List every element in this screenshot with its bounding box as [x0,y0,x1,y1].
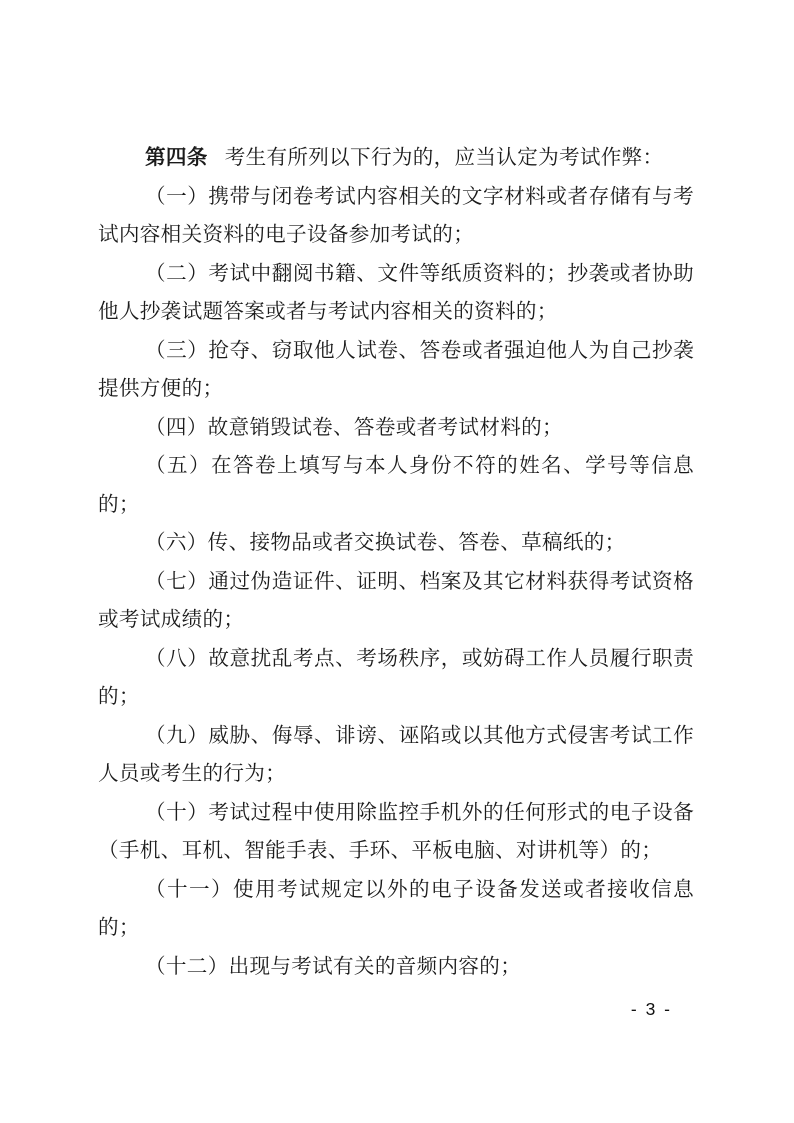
clause-5: （五）在答卷上填写与本人身份不符的姓名、学号等信息的； [98,447,694,524]
page-number: - 3 - [98,999,694,1020]
clause-8: （八）故意扰乱考点、考场秩序，或妨碍工作人员履行职责的； [98,640,694,717]
clause-9: （九）威胁、侮辱、诽谤、诬陷或以其他方式侵害考试工作人员或考生的行为； [98,717,694,794]
article-intro-text: 考生有所列以下行为的，应当认定为考试作弊： [225,147,664,169]
clause-6: （六）传、接物品或者交换试卷、答卷、草稿纸的； [98,524,694,563]
clause-2: （二）考试中翻阅书籍、文件等纸质资料的；抄袭或者协助他人抄袭试题答案或者与考试内… [98,255,694,332]
clause-4: （四）故意销毁试卷、答卷或者考试材料的； [98,409,694,448]
clause-12: （十二）出现与考试有关的音频内容的； [98,948,694,987]
clause-7: （七）通过伪造证件、证明、档案及其它材料获得考试资格或考试成绩的； [98,563,694,640]
clause-3: （三）抢夺、窃取他人试卷、答卷或者强迫他人为自己抄袭提供方便的； [98,332,694,409]
document-page: 第四条考生有所列以下行为的，应当认定为考试作弊： （一）携带与闭卷考试内容相关的… [0,0,794,1123]
article-body: 第四条考生有所列以下行为的，应当认定为考试作弊： （一）携带与闭卷考试内容相关的… [98,139,694,1020]
article-number: 第四条 [145,147,208,169]
clause-10: （十）考试过程中使用除监控手机外的任何形式的电子设备（手机、耳机、智能手表、手环… [98,794,694,871]
article-heading-paragraph: 第四条考生有所列以下行为的，应当认定为考试作弊： [98,139,694,178]
clause-1: （一）携带与闭卷考试内容相关的文字材料或者存储有与考试内容相关资料的电子设备参加… [98,178,694,255]
clause-11: （十一）使用考试规定以外的电子设备发送或者接收信息的； [98,871,694,948]
